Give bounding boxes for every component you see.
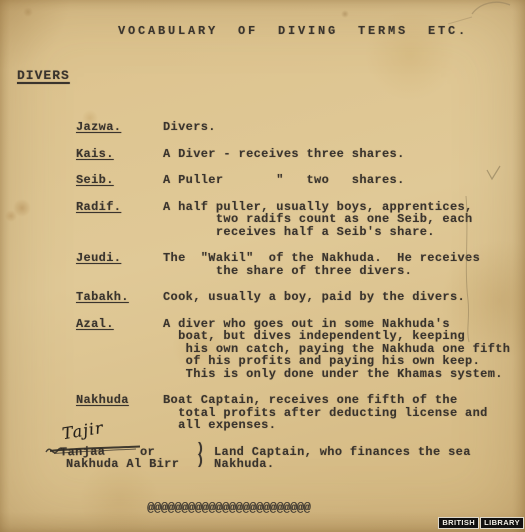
- definition: A Diver - receives three shares.: [163, 148, 525, 161]
- definition: A diver who goes out in some Nakhuda's b…: [163, 318, 525, 381]
- definition-line: This is only done under the Khamas syste…: [163, 368, 525, 381]
- definition-line: Cook, usually a boy, paid by the divers.: [163, 291, 525, 304]
- document-page: VOCABULARY OF DIVING TERMS ETC. DIVERS J…: [0, 0, 525, 532]
- term-label: Jeudi.: [76, 252, 163, 277]
- document-title: VOCABULARY OF DIVING TERMS ETC.: [118, 24, 468, 38]
- term-label: Kais.: [76, 148, 163, 161]
- british-library-badge: BRITISH LIBRARY: [438, 517, 524, 529]
- definition-line: the share of three divers.: [163, 265, 525, 278]
- annotation-definition-line2: Nakhuda.: [214, 457, 274, 471]
- definition: Cook, usually a boy, paid by the divers.: [163, 291, 525, 304]
- typed-decoration-row: @@@@@@@@@@@@@@@@@@@@@@@@: [147, 501, 310, 515]
- definition-line: of his profits and paying his own keep.: [163, 355, 525, 368]
- corner-arc-mark: [472, 2, 510, 14]
- glossary-entry: Radif.A half puller, usually boys, appre…: [76, 201, 525, 239]
- brace-bottom: ): [196, 453, 205, 469]
- glossary-entry: Kais.A Diver - receives three shares.: [76, 148, 525, 161]
- definition: The "Wakil" of the Nakhuda. He receives …: [163, 252, 525, 277]
- definition: A half puller, usually boys, apprentices…: [163, 201, 525, 239]
- definition: Divers.: [163, 121, 525, 134]
- section-heading-divers: DIVERS: [17, 68, 70, 83]
- badge-british-label: BRITISH: [438, 517, 479, 529]
- handwritten-correction-tajir: Tajir: [61, 418, 105, 443]
- definition-line: Boat Captain, receives one fifth of the: [163, 394, 525, 407]
- badge-library-label: LIBRARY: [480, 517, 524, 529]
- alt-term-nakhuda-al-birr: Nakhuda Al Birr: [66, 457, 179, 471]
- term-list: Jazwa.Divers.Kais.A Diver - receives thr…: [76, 121, 525, 446]
- definition-line: A Puller " two shares.: [163, 174, 525, 187]
- glossary-entry: Seib.A Puller " two shares.: [76, 174, 525, 187]
- definition-line: two radifs count as one Seib, each: [163, 213, 525, 226]
- term-label: Jazwa.: [76, 121, 163, 134]
- glossary-entry: Tabakh.Cook, usually a boy, paid by the …: [76, 291, 525, 304]
- glossary-entry: Azal.A diver who goes out in some Nakhud…: [76, 318, 525, 381]
- term-label: Tabakh.: [76, 291, 163, 304]
- term-label: Azal.: [76, 318, 163, 381]
- glossary-entry: Jeudi.The "Wakil" of the Nakhuda. He rec…: [76, 252, 525, 277]
- definition-line: A Diver - receives three shares.: [163, 148, 525, 161]
- term-label: Seib.: [76, 174, 163, 187]
- definition-line: boat, but dives independently, keeping: [163, 330, 525, 343]
- glossary-entry: Jazwa.Divers.: [76, 121, 525, 134]
- definition-line: Divers.: [163, 121, 525, 134]
- definition: A Puller " two shares.: [163, 174, 525, 187]
- definition-line: The "Wakil" of the Nakhuda. He receives: [163, 252, 525, 265]
- corner-diagonal-mark: [448, 17, 472, 24]
- term-label: Radif.: [76, 201, 163, 239]
- definition-line: receives half a Seib's share.: [163, 226, 525, 239]
- annotation-block: Tajir Tanjaa or Nakhuda Al Birr ) ) Land…: [0, 420, 525, 490]
